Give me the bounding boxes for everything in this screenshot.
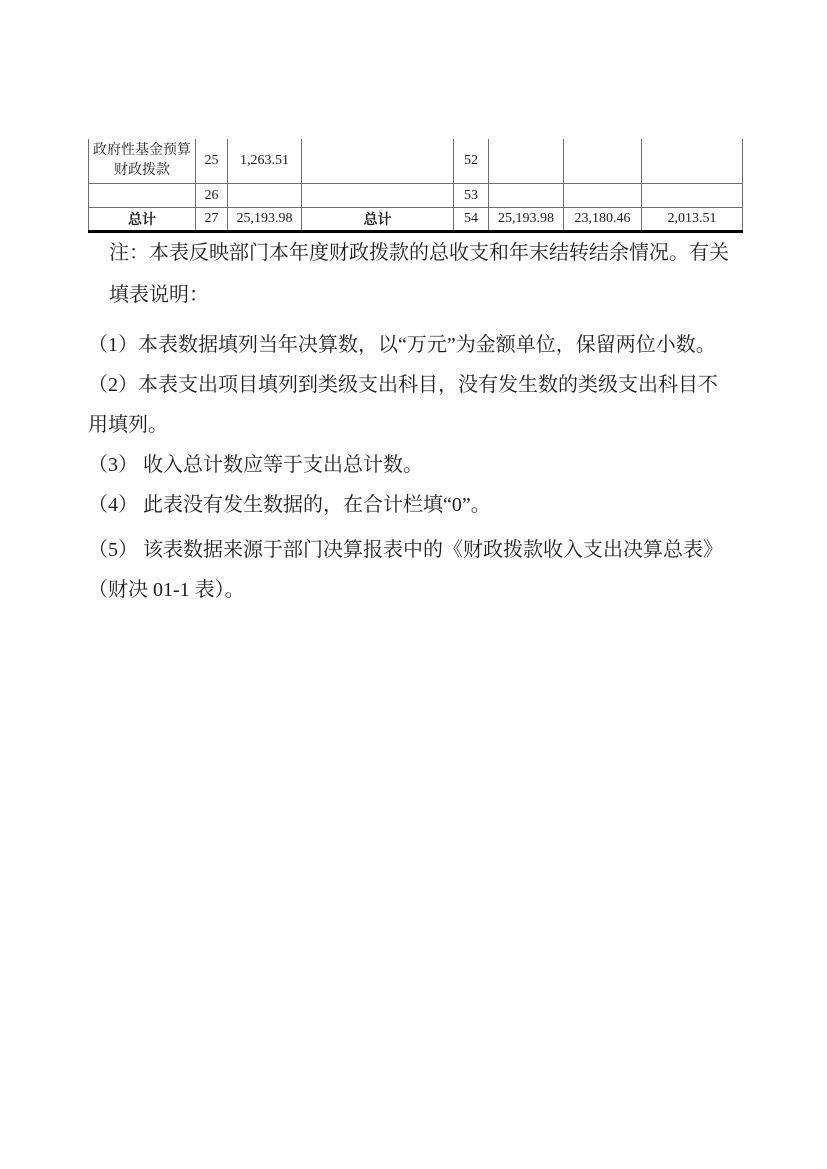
- table-cell-amount: [489, 139, 564, 184]
- table-cell-amount: 23,180.46: [564, 208, 642, 232]
- note-item-2-line-1: （2）本表支出项目填列到类级支出科目，没有发生数的类级支出科目不: [88, 365, 746, 405]
- table-cell-total-label: 总计: [89, 208, 196, 232]
- notes-section: 注：本表反映部门本年度财政拨款的总收支和年末结转结余情况。有关 填表说明： （1…: [88, 233, 746, 610]
- table-cell-line-no: 27: [196, 208, 228, 232]
- fiscal-appropriation-table: 政府性基金预算 财政拨款 25 1,263.51 52 26 53: [88, 139, 743, 233]
- note-intro-line-1: 注：本表反映部门本年度财政拨款的总收支和年末结转结余情况。有关: [88, 233, 746, 273]
- note-item-5-line-1: （5） 该表数据来源于部门决算报表中的《财政拨款收入支出决算总表》: [88, 530, 746, 570]
- table-cell-amount: [642, 184, 743, 208]
- table-row-total: 总计 27 25,193.98 总计 54 25,193.98 23,180.4…: [89, 208, 743, 232]
- note-item-2-line-2: 用填列。: [88, 405, 746, 445]
- note-item-3: （3） 收入总计数应等于支出总计数。: [88, 445, 746, 485]
- table-cell-item-name: [89, 184, 196, 208]
- table-cell-amount: [489, 184, 564, 208]
- table-cell-line-no: 53: [454, 184, 489, 208]
- table-cell-amount: [642, 139, 743, 184]
- table-cell-line-no: 54: [454, 208, 489, 232]
- document-page: 政府性基金预算 财政拨款 25 1,263.51 52 26 53: [0, 0, 827, 1169]
- table-cell-amount: 25,193.98: [228, 208, 302, 232]
- table-cell-amount: [228, 184, 302, 208]
- table-cell-line-no: 26: [196, 184, 228, 208]
- table-cell-item-name: 政府性基金预算 财政拨款: [89, 139, 196, 184]
- note-item-5-line-2: （财决 01-1 表）。: [88, 570, 746, 610]
- note-intro-line-2: 填表说明：: [88, 275, 746, 315]
- table-cell-item-name: [302, 184, 454, 208]
- table-cell-total-label: 总计: [302, 208, 454, 232]
- table-cell-amount: 2,013.51: [642, 208, 743, 232]
- table-cell-amount: [564, 139, 642, 184]
- table-cell-item-name: [302, 139, 454, 184]
- table-cell-amount: 25,193.98: [489, 208, 564, 232]
- note-item-4: （4） 此表没有发生数据的，在合计栏填“0”。: [88, 485, 746, 525]
- table-cell-amount: [564, 184, 642, 208]
- note-item-1: （1）本表数据填列当年决算数，以“万元”为金额单位，保留两位小数。: [88, 325, 746, 365]
- table-row: 26 53: [89, 184, 743, 208]
- table-cell-amount: 1,263.51: [228, 139, 302, 184]
- table-cell-line-no: 25: [196, 139, 228, 184]
- table-row: 政府性基金预算 财政拨款 25 1,263.51 52: [89, 139, 743, 184]
- table-cell-line-no: 52: [454, 139, 489, 184]
